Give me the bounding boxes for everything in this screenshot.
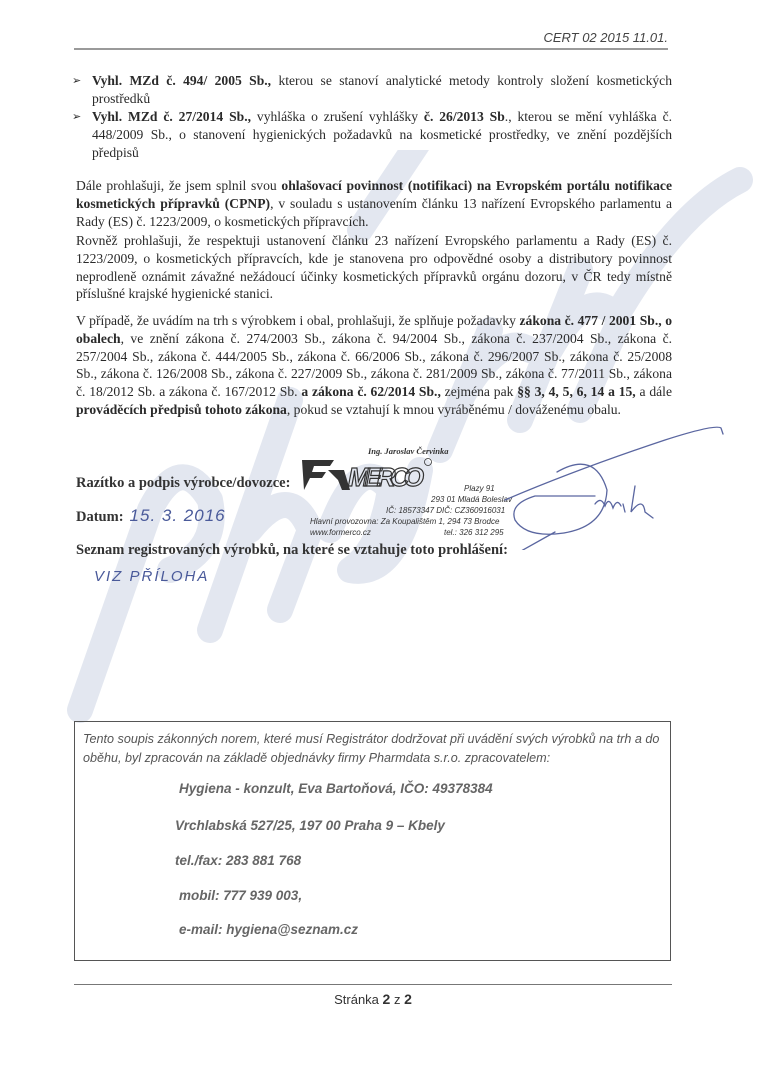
date-label: Datum: <box>76 509 124 525</box>
list-item: ➢ Vyhl. MZd č. 27/2014 Sb., vyhláška o z… <box>92 108 672 162</box>
arrow-bullet-icon: ➢ <box>72 108 81 126</box>
page-footer: Stránka 2 z 2 <box>74 984 672 985</box>
cpnp-declaration: Dále prohlašuji, že jsem splnil svou ohl… <box>76 177 672 230</box>
processor-mobile: mobil: 777 939 003, <box>179 888 302 903</box>
processor-email: e-mail: hygiena@seznam.cz <box>179 922 358 937</box>
processor-address: Vrchlabská 527/25, 197 00 Praha 9 – Kbel… <box>175 818 445 833</box>
formerco-logo-icon: MERCO <box>300 456 432 492</box>
packaging-declaration: V případě, že uvádím na trh s výrobkem i… <box>76 312 672 419</box>
handwritten-date: 15. 3. 2016 <box>130 506 226 525</box>
product-list-label: Seznam registrovaných výrobků, na které … <box>76 542 508 559</box>
date-row: Datum:15. 3. 2016 <box>76 506 226 526</box>
processor-info-box: Tento soupis zákonných norem, které musí… <box>74 721 671 961</box>
handwritten-signature <box>495 420 735 550</box>
processor-company: Hygiena - konzult, Eva Bartoňová, IČO: 4… <box>179 781 493 796</box>
stamp-signature-label: Razítko a podpis výrobce/dovozce: <box>76 475 290 492</box>
processor-intro: Tento soupis zákonných norem, které musí… <box>83 730 668 768</box>
svg-text:MERCO: MERCO <box>348 462 424 492</box>
page-number: Stránka 2 z 2 <box>74 991 672 1007</box>
document-code: CERT 02 2015 11.01. <box>543 30 668 45</box>
page-header: CERT 02 2015 11.01. <box>74 24 668 50</box>
handwritten-product-list: VIZ PŘÍLOHA <box>94 568 209 585</box>
company-stamp: Ing. Jaroslav Červinka MERCO Plazy 91 29… <box>300 446 510 542</box>
article-23-declaration: Rovněž prohlašuji, že respektuji ustanov… <box>76 232 672 303</box>
processor-phone: tel./fax: 283 881 768 <box>175 853 301 868</box>
regulation-list: ➢ Vyhl. MZd č. 494/ 2005 Sb., kterou se … <box>92 72 672 162</box>
stamp-person-name: Ing. Jaroslav Červinka <box>368 446 449 456</box>
arrow-bullet-icon: ➢ <box>72 72 81 90</box>
list-item: ➢ Vyhl. MZd č. 494/ 2005 Sb., kterou se … <box>92 72 672 108</box>
